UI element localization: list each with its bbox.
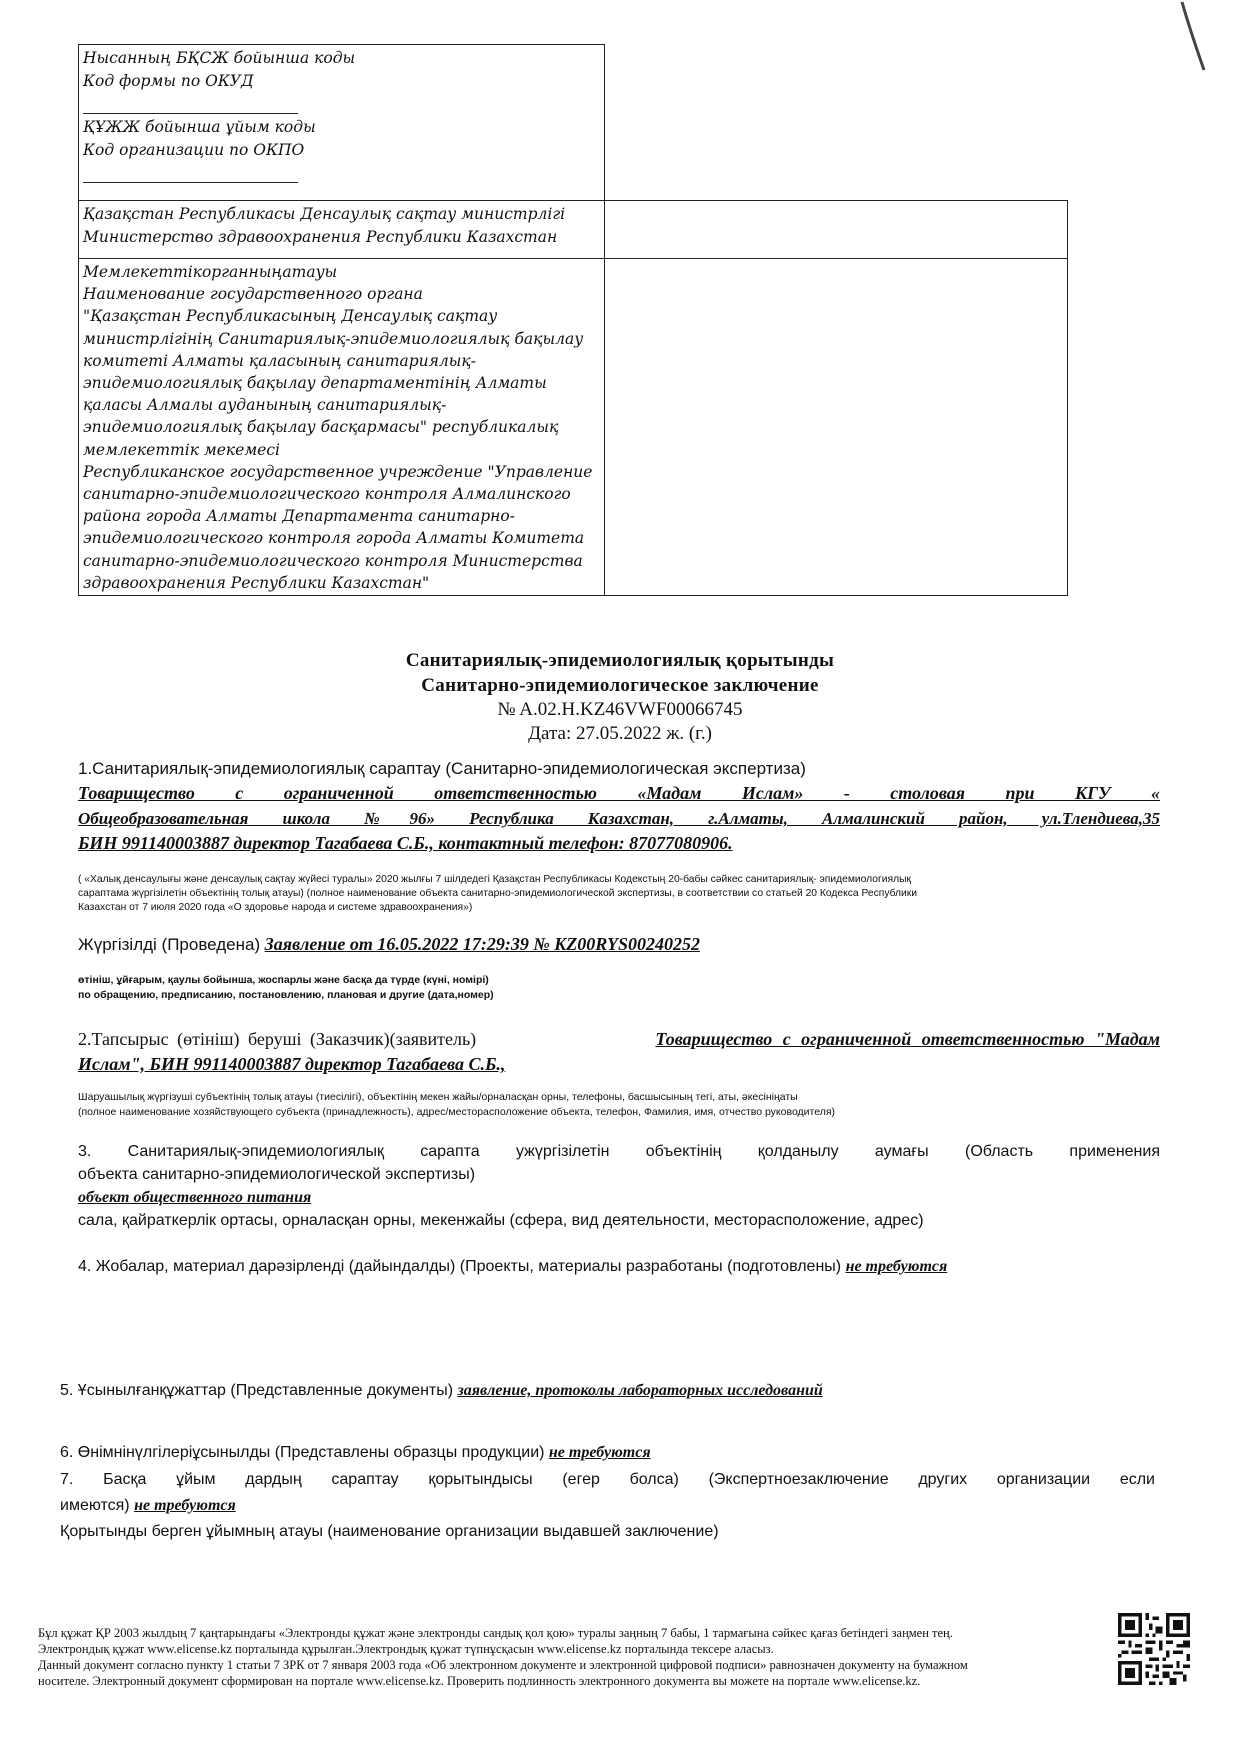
section-3: 3. Санитариялық-эпидемиологиялық сарапта… xyxy=(78,1140,1160,1232)
agency-cell: Мемлекеттікорганныңатауы Наименование го… xyxy=(78,258,605,596)
note-line: ( «Халық денсаулығы және денсаулық сақта… xyxy=(78,873,1160,887)
section-4: 4. Жобалар, материал дарәзірленді (дайын… xyxy=(78,1254,1160,1279)
form-code-ru: Код формы по ОКУД xyxy=(83,70,600,93)
section-2-value-line: Ислам", БИН 991140003887 директор Тагаба… xyxy=(78,1052,1160,1077)
section-1-value-line: Товарищество с ограниченной ответственно… xyxy=(78,781,1160,806)
form-code-blank xyxy=(83,93,298,114)
agency-line: Мемлекеттікорганныңатауы xyxy=(83,261,600,283)
section-6-value: не требуются xyxy=(549,1444,651,1461)
section-2-label: 2.Тапсырыс (өтініш) беруші (Заказчик)(за… xyxy=(78,1027,476,1052)
ministry-right-cell xyxy=(604,200,1068,260)
section-1-label: 1.Санитариялық-эпидемиологиялық сараптау… xyxy=(78,756,1160,781)
section-4-label: 4. Жобалар, материал дарәзірленді (дайын… xyxy=(78,1258,841,1275)
section-2-note: Шаруашылық жүргізуші субъектінің толық а… xyxy=(78,1090,1160,1120)
note-line: по обращению, предписанию, постановлению… xyxy=(78,988,1160,1003)
footer-line: носителе. Электронный документ сформиров… xyxy=(38,1673,1078,1689)
agency-line: санитарно-эпидемиологического контроля М… xyxy=(83,550,600,572)
section-7-label-line: 7. Басқа ұйым дардың сараптау қорытындыс… xyxy=(60,1467,1155,1493)
agency-line: Республиканское государственное учрежден… xyxy=(83,461,600,483)
section-4-value: не требуются xyxy=(846,1258,948,1275)
ministry-cell: Қазақстан Республикасы Денсаулық сақтау … xyxy=(78,200,605,260)
section-1-note: ( «Халық денсаулығы және денсаулық сақта… xyxy=(78,873,1160,915)
conducted-note: өтініш, ұйғарым, қаулы бойынша, жоспарлы… xyxy=(78,973,1160,1003)
document-date: Дата: 27.05.2022 ж. (г.) xyxy=(0,722,1240,746)
section-1: 1.Санитариялық-эпидемиологиялық сараптау… xyxy=(78,756,1160,856)
agency-line: района города Алматы Департамента санита… xyxy=(83,505,600,527)
org-code-blank xyxy=(83,162,298,183)
agency-right-cell xyxy=(604,258,1068,596)
title-kz: Санитариялық-эпидемиологиялық қорытынды xyxy=(0,648,1240,673)
section-2: 2.Тапсырыс (өтініш) беруші (Заказчик)(за… xyxy=(78,1027,1160,1077)
form-code-kz: Нысанның БҚСЖ бойынша коды xyxy=(83,47,600,70)
agency-line: қаласы Алмалы ауданының санитариялық- xyxy=(83,394,600,416)
org-code-kz: ҚҰЖЖ бойынша ұйым коды xyxy=(83,116,600,139)
agency-line: Наименование государственного органа xyxy=(83,283,600,305)
agency-line: здравоохранения Республики Казахстан" xyxy=(83,572,600,594)
conducted-label: Жүргізілді (Проведена) xyxy=(78,935,260,954)
title-ru: Санитарно-эпидемиологическое заключение xyxy=(0,673,1240,698)
section-5-value: заявление, протоколы лабораторных исслед… xyxy=(458,1382,823,1399)
section-6: 6. Өнімнінүлгілеріұсынылды (Представлены… xyxy=(60,1440,1142,1465)
conducted-value: Заявление от 16.05.2022 17:29:39 № KZ00R… xyxy=(265,934,700,954)
footer-line: Электрондық құжат www.elicense.kz портал… xyxy=(38,1641,1078,1657)
agency-line: эпидемиологического контроля города Алма… xyxy=(83,527,600,549)
section-3-note: сала, қайраткерлік ортасы, орналасқан ор… xyxy=(78,1209,1160,1232)
org-code-ru: Код организации по ОКПО xyxy=(83,139,600,162)
note-line: Казахстан от 7 июля 2020 года «О здоровь… xyxy=(78,901,1160,915)
section-1-value-line: БИН 991140003887 директор Тагабаева С.Б.… xyxy=(78,831,1160,856)
note-line: өтініш, ұйғарым, қаулы бойынша, жоспарлы… xyxy=(78,973,1160,988)
agency-line: министрлігінің Санитариялық-эпидемиологи… xyxy=(83,328,600,350)
section-5: 5. Ұсынылғанқұжаттар (Представленные док… xyxy=(60,1378,1142,1403)
ministry-kz: Қазақстан Республикасы Денсаулық сақтау … xyxy=(83,203,600,226)
section-2-value-line: Товарищество с ограниченной ответственно… xyxy=(655,1027,1160,1052)
pen-mark-decoration xyxy=(1180,0,1210,75)
section-7-label-line: имеются) xyxy=(60,1497,130,1514)
form-code-cell: Нысанның БҚСЖ бойынша коды Код формы по … xyxy=(78,44,605,202)
document-title-block: Санитариялық-эпидемиологиялық қорытынды … xyxy=(0,648,1240,746)
note-line: сараптама жүргізілетін объектінің толық … xyxy=(78,887,1160,901)
conducted-row: Жүргізілді (Проведена) Заявление от 16.0… xyxy=(78,932,1160,957)
section-3-label-line: объекта санитарно-эпидемиологической экс… xyxy=(78,1163,1160,1186)
agency-line: эпидемиологиялық бақылау департаментінің… xyxy=(83,372,600,394)
section-3-label-line: 3. Санитариялық-эпидемиологиялық сарапта… xyxy=(78,1140,1160,1163)
section-6-label: 6. Өнімнінүлгілеріұсынылды (Представлены… xyxy=(60,1444,544,1461)
note-line: (полное наименование хозяйствующего субъ… xyxy=(78,1105,1160,1120)
section-7: 7. Басқа ұйым дардың сараптау қорытындыс… xyxy=(60,1467,1155,1545)
ministry-ru: Министерство здравоохранения Республики … xyxy=(83,226,600,249)
issuer-label: Қорытынды берген ұйымның атауы (наименов… xyxy=(60,1519,1155,1545)
section-5-label: 5. Ұсынылғанқұжаттар (Представленные док… xyxy=(60,1382,453,1399)
section-7-value: не требуются xyxy=(134,1497,236,1514)
agency-line: мемлекеттік мекемесі xyxy=(83,439,600,461)
agency-line: эпидемиологиялық бақылау басқармасы" рес… xyxy=(83,416,600,438)
qr-code-icon xyxy=(1118,1613,1190,1685)
section-1-value-line: Общеобразовательная школа №96» Республик… xyxy=(78,806,1160,831)
agency-line: санитарно-эпидемиологического контроля А… xyxy=(83,483,600,505)
section-3-value: объект общественного питания xyxy=(78,1186,1160,1209)
note-line: Шаруашылық жүргізуші субъектінің толық а… xyxy=(78,1090,1160,1105)
document-number: № A.02.H.KZ46VWF00066745 xyxy=(0,698,1240,722)
footer-line: Бұл құжат ҚР 2003 жылдың 7 қаңтарындағы … xyxy=(38,1625,1078,1641)
electronic-document-footer: Бұл құжат ҚР 2003 жылдың 7 қаңтарындағы … xyxy=(38,1625,1078,1689)
agency-line: комитеті Алматы қаласының санитариялық- xyxy=(83,350,600,372)
footer-line: Данный документ согласно пункту 1 статьи… xyxy=(38,1657,1078,1673)
agency-line: "Қазақстан Республикасының Денсаулық сақ… xyxy=(83,305,600,327)
